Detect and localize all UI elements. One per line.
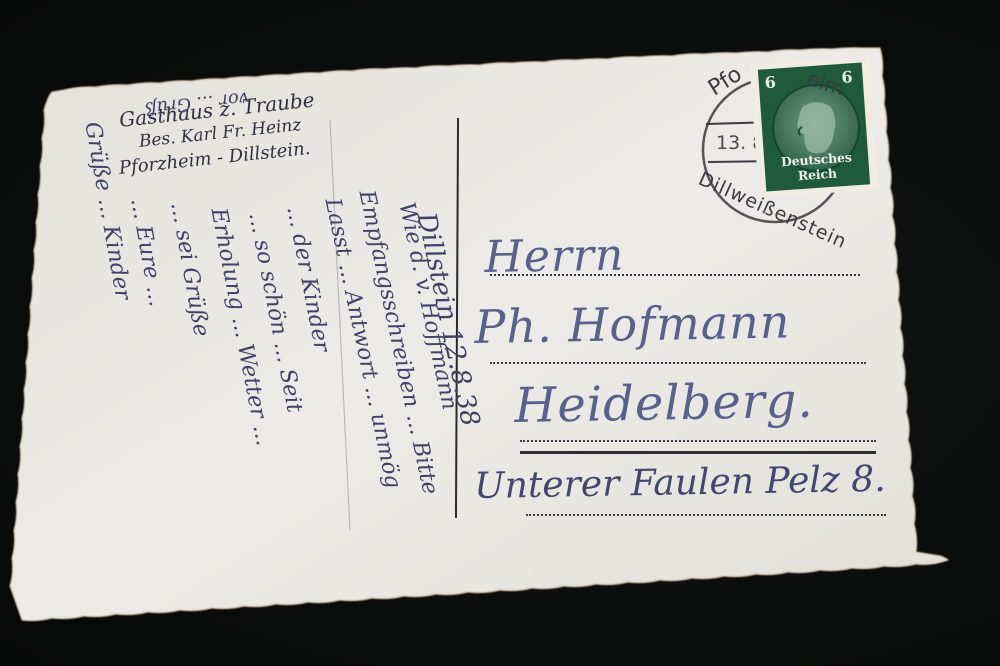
address-city: Heidelberg. [514, 373, 814, 434]
postcard: Gasthaus z. Traube Bes. Karl Fr. Heinz P… [0, 0, 1000, 666]
address-dotted-line-2 [490, 362, 866, 364]
address-street: Unterer Faulen Pelz 8. [474, 459, 886, 507]
stamp-country-text: Deutsches Reich [768, 149, 866, 186]
address-dotted-line-4 [526, 514, 886, 516]
address-name: Ph. Hofmann [474, 294, 791, 354]
city-underline [520, 451, 876, 454]
address-dotted-line-3 [520, 440, 876, 442]
address-dotted-line-1 [490, 274, 860, 276]
